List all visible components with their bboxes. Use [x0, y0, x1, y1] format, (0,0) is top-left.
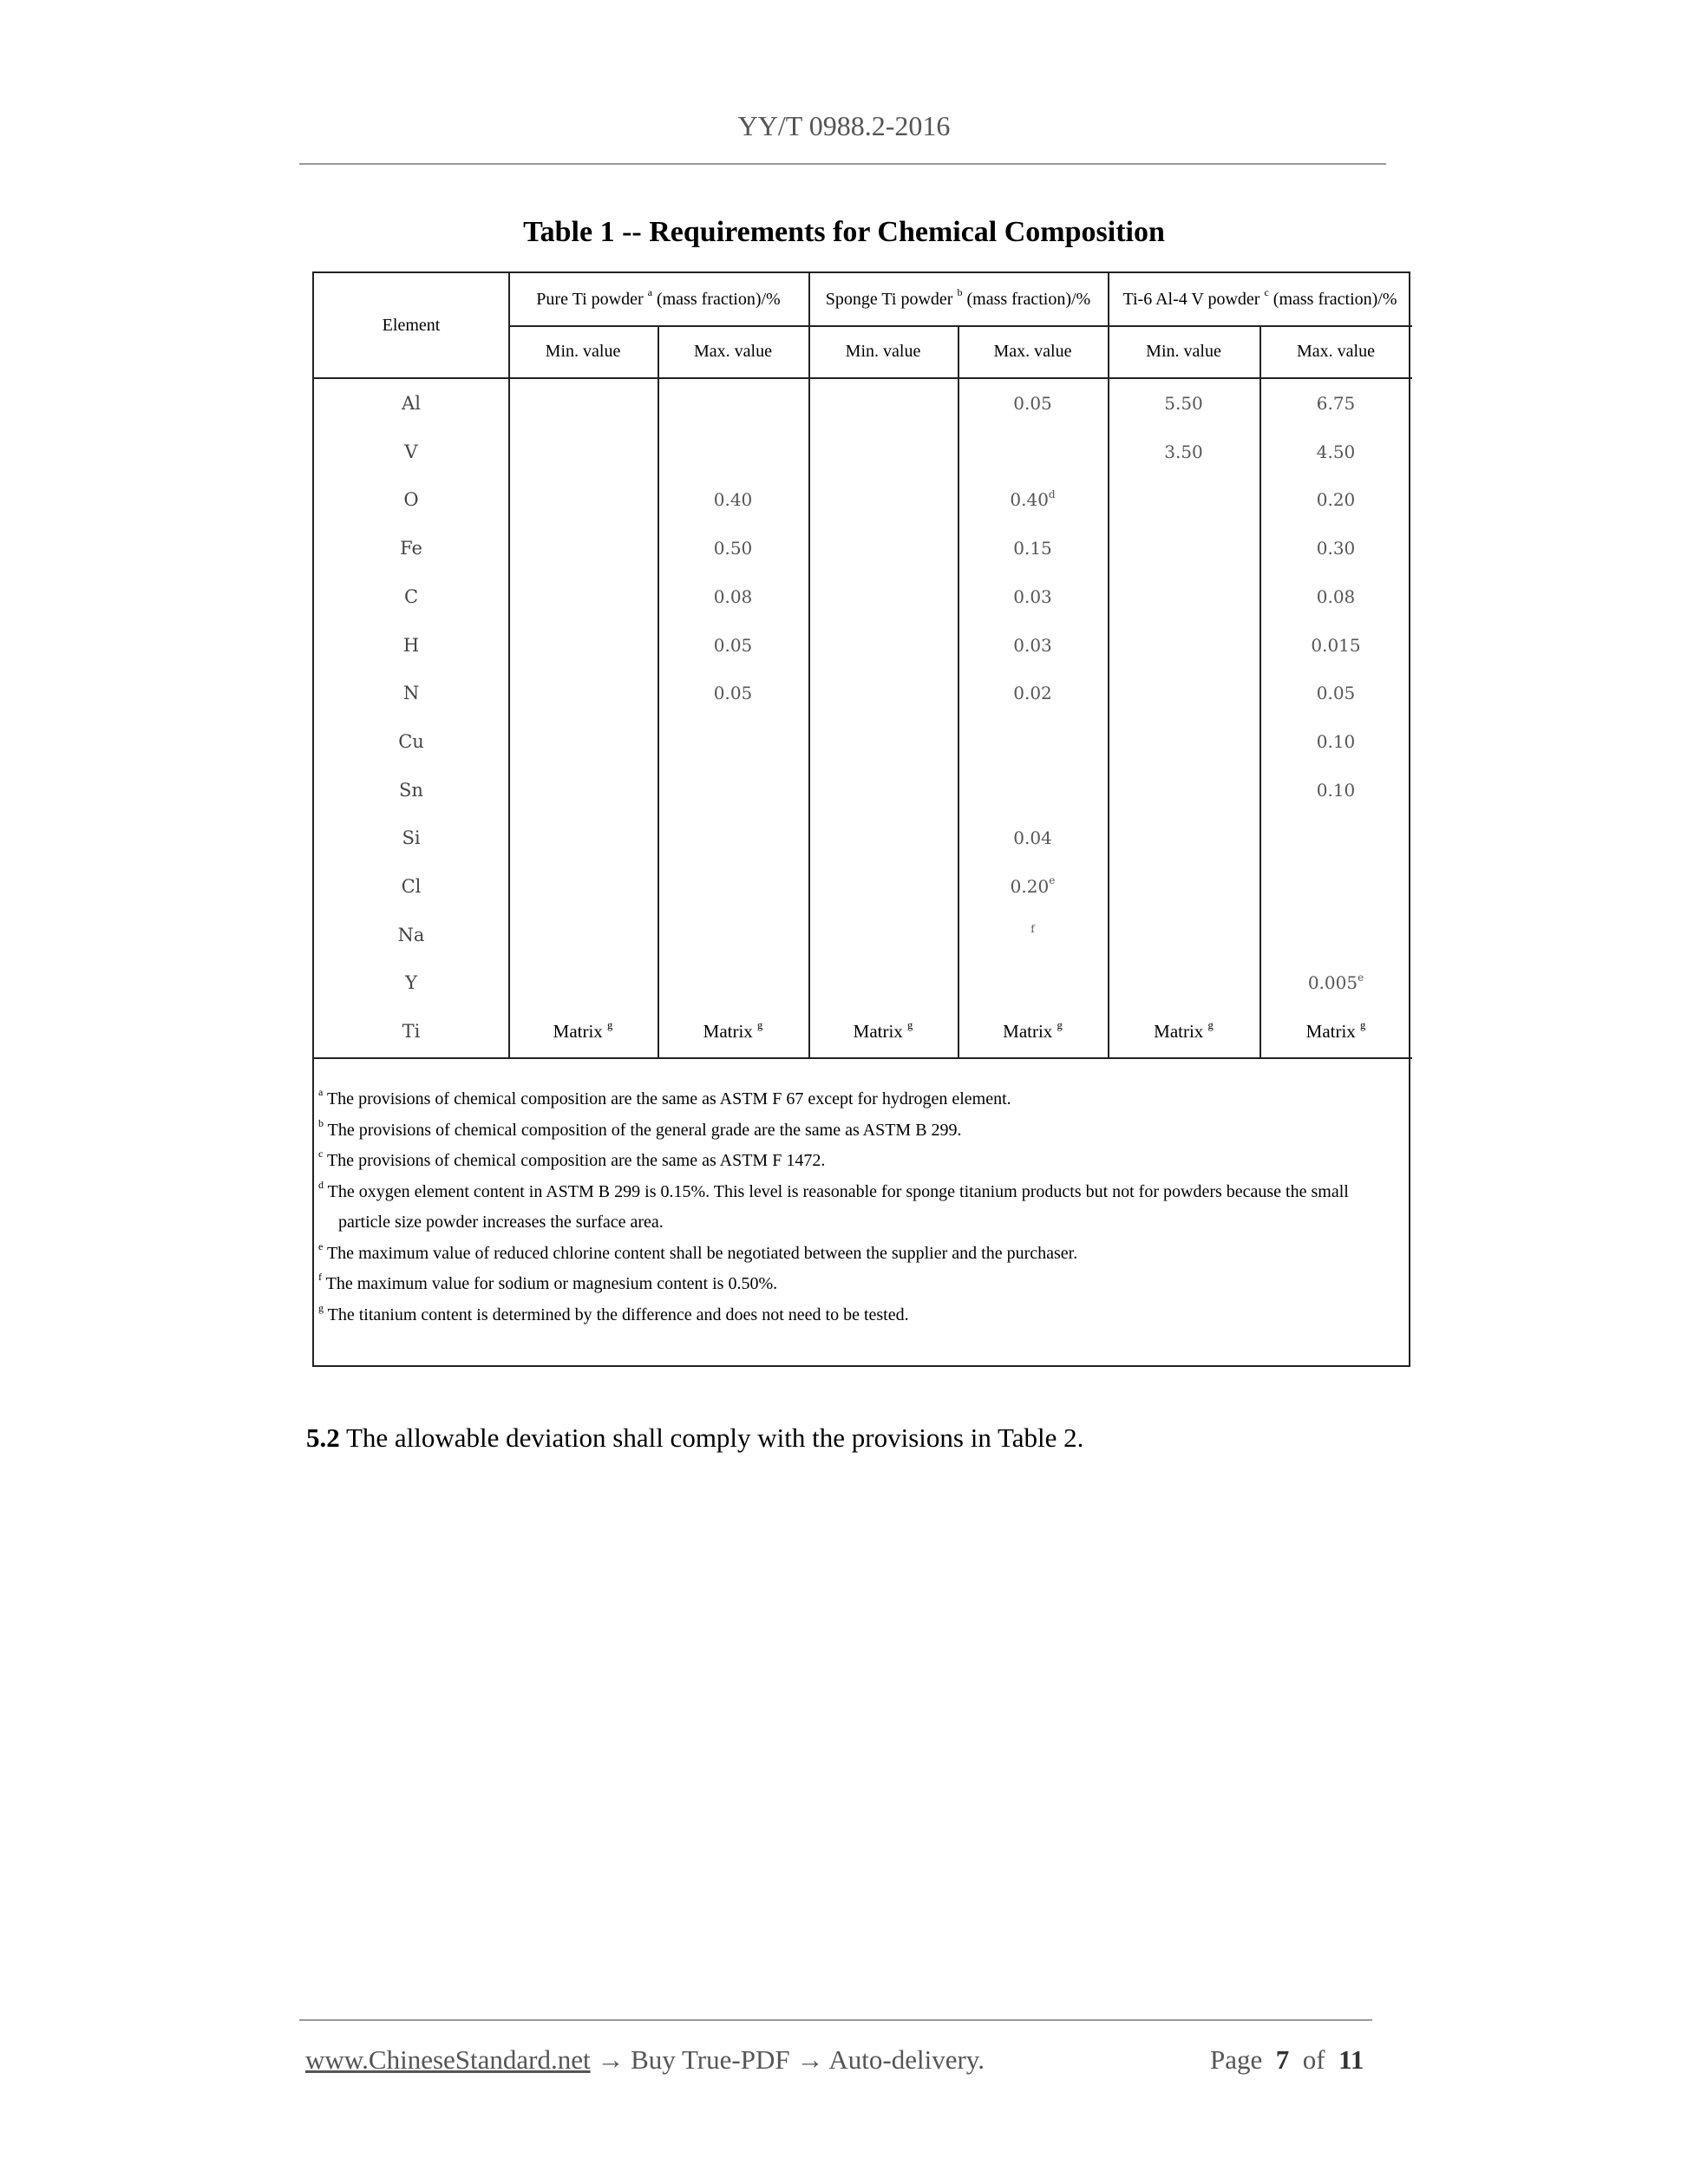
arrow-right-icon: → [796, 2044, 823, 2075]
header-body-divider [314, 377, 1412, 379]
footnote-ref: g [1360, 1019, 1365, 1031]
value-cell: 0.50 [658, 536, 808, 560]
footnote-d: d The oxygen element content in ASTM B 2… [318, 1177, 1394, 1208]
arrow-right-icon: → [597, 2044, 624, 2075]
value-cell: f [958, 923, 1108, 947]
element-cell: Cu [314, 729, 508, 754]
element-cell: Sn [314, 778, 508, 802]
table-title: Table 1 -- Requirements for Chemical Com… [0, 215, 1688, 250]
value-cell: 0.03 [958, 633, 1108, 657]
matrix-cell: Matrix g [808, 1019, 958, 1043]
page-indicator: Page 7 of 11 [1210, 2044, 1364, 2076]
value-cell: 0.02 [958, 681, 1108, 705]
matrix-cell: Matrix g [658, 1019, 808, 1043]
footnote-ref: g [907, 1019, 913, 1031]
footnote-ref: c [1264, 286, 1268, 298]
element-cell: C [314, 585, 508, 609]
current-page: 7 [1276, 2044, 1290, 2075]
chemical-composition-table: ElementPure Ti powder a (mass fraction)/… [312, 271, 1410, 1367]
footnote-ref: f [1030, 923, 1034, 935]
body-footnote-divider [314, 1057, 1412, 1059]
subheader-max: Max. value [958, 341, 1108, 362]
clause-number: 5.2 [306, 1422, 340, 1453]
table-footnotes: a The provisions of chemical composition… [318, 1084, 1394, 1331]
footnote-ref: e [1049, 874, 1055, 886]
value-cell: 0.30 [1259, 536, 1412, 560]
clause-5-2: 5.2 The allowable deviation shall comply… [306, 1421, 1083, 1455]
element-cell: O [314, 487, 508, 512]
subheader-min: Min. value [508, 341, 658, 362]
footer-divider [299, 2019, 1372, 2021]
matrix-cell: Matrix g [958, 1019, 1108, 1043]
value-cell: 0.08 [1259, 585, 1412, 609]
header-row-divider [508, 325, 1412, 327]
footnote-ref: d [1049, 488, 1056, 500]
value-cell: 0.10 [1259, 778, 1412, 802]
element-column-header: Element [314, 315, 508, 336]
site-link[interactable]: www.ChineseStandard.net [305, 2044, 591, 2075]
footer-promo: www.ChineseStandard.net → Buy True-PDF →… [305, 2044, 985, 2076]
value-cell: 0.15 [958, 536, 1108, 560]
group-header: Pure Ti powder a (mass fraction)/% [508, 289, 808, 310]
value-cell: 4.50 [1259, 440, 1412, 464]
element-cell: Fe [314, 536, 508, 560]
auto-delivery-text: Auto-delivery. [828, 2044, 985, 2075]
footnote-ref: g [607, 1019, 612, 1031]
matrix-cell: Matrix g [1259, 1019, 1412, 1043]
page-label: Page [1210, 2044, 1262, 2075]
value-cell: 0.03 [958, 585, 1108, 609]
footnote-g: g The titanium content is determined by … [318, 1300, 1394, 1331]
of-label: of [1303, 2044, 1325, 2075]
matrix-cell: Matrix g [508, 1019, 658, 1043]
document-number-header: YY/T 0988.2-2016 [0, 108, 1688, 143]
element-cell: H [314, 633, 508, 657]
value-cell: 0.005e [1259, 971, 1412, 995]
footnote-f: f The maximum value for sodium or magnes… [318, 1269, 1394, 1300]
footnote-e: e The maximum value of reduced chlorine … [318, 1239, 1394, 1270]
element-cell: Cl [314, 874, 508, 899]
subheader-max: Max. value [1259, 341, 1412, 362]
value-cell: 0.10 [1259, 729, 1412, 754]
group-header: Ti-6 Al-4 V powder c (mass fraction)/% [1108, 289, 1412, 310]
value-cell: 0.05 [958, 391, 1108, 415]
element-cell: Si [314, 826, 508, 850]
element-cell: Na [314, 923, 508, 947]
total-pages: 11 [1338, 2044, 1364, 2075]
value-cell: 0.40d [958, 487, 1108, 512]
footnote-ref: e [1358, 971, 1364, 984]
footnote-ref: g [1057, 1019, 1063, 1031]
value-cell: 3.50 [1108, 440, 1259, 464]
value-cell: 0.05 [658, 681, 808, 705]
footnote-b: b The provisions of chemical composition… [318, 1115, 1394, 1147]
matrix-cell: Matrix g [1108, 1019, 1259, 1043]
value-cell: 0.08 [658, 585, 808, 609]
subheader-max: Max. value [658, 341, 808, 362]
element-cell: Ti [314, 1019, 508, 1043]
element-cell: V [314, 440, 508, 464]
value-cell: 5.50 [1108, 391, 1259, 415]
value-cell: 0.04 [958, 826, 1108, 850]
value-cell: 0.20 [1259, 487, 1412, 512]
footnote-c: c The provisions of chemical composition… [318, 1146, 1394, 1177]
value-cell: 0.40 [658, 487, 808, 512]
element-cell: Y [314, 971, 508, 995]
value-cell: 0.015 [1259, 633, 1412, 657]
buy-pdf-text: Buy True-PDF [631, 2044, 790, 2075]
element-cell: N [314, 681, 508, 705]
value-cell: 0.20e [958, 874, 1108, 899]
element-cell: Al [314, 391, 508, 415]
header-divider [299, 163, 1386, 165]
value-cell: 0.05 [658, 633, 808, 657]
group-header: Sponge Ti powder b (mass fraction)/% [808, 289, 1108, 310]
subheader-min: Min. value [808, 341, 958, 362]
footnote-ref: b [957, 286, 962, 298]
subheader-min: Min. value [1108, 341, 1259, 362]
value-cell: 6.75 [1259, 391, 1412, 415]
footnote-ref: g [757, 1019, 762, 1031]
column-divider [508, 273, 510, 1057]
value-cell: 0.05 [1259, 681, 1412, 705]
footnote-ref: a [648, 286, 652, 298]
footnote-ref: g [1208, 1019, 1214, 1031]
column-divider [808, 273, 810, 1057]
footnote-continuation: particle size powder increases the surfa… [318, 1207, 1394, 1239]
footnote-a: a The provisions of chemical composition… [318, 1084, 1394, 1115]
clause-text: The allowable deviation shall comply wit… [346, 1422, 1083, 1453]
